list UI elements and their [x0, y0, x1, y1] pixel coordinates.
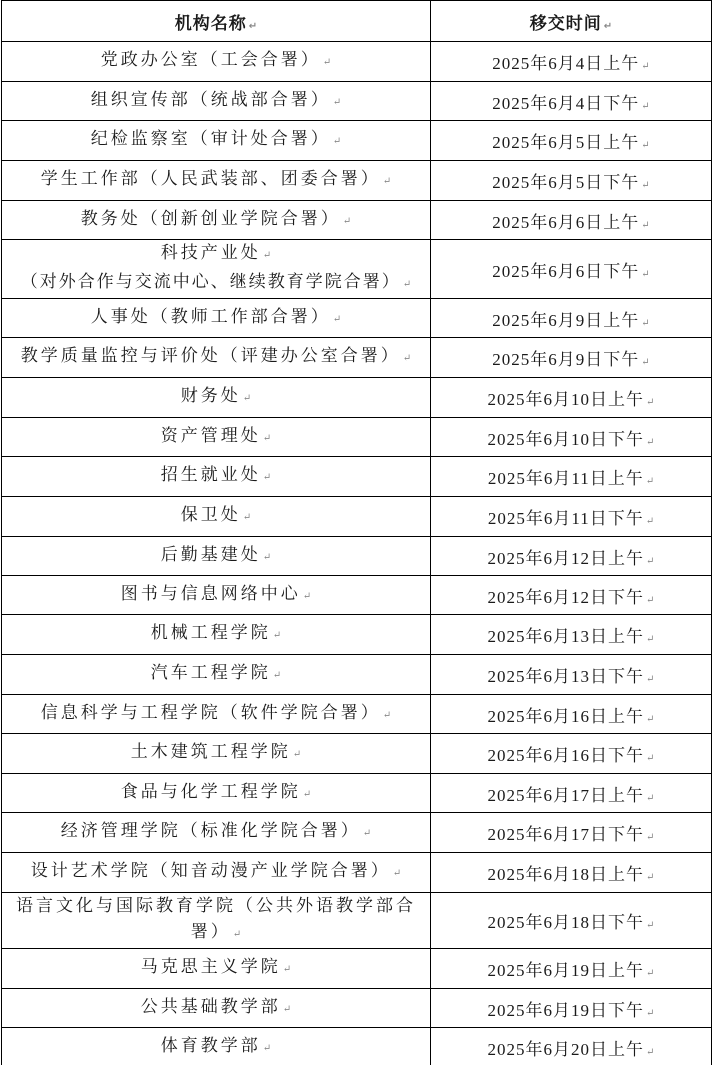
paragraph-mark-icon: ↵ — [263, 250, 271, 261]
institution-name-cell: 图书与信息网络中心↵ — [2, 576, 431, 615]
handover-time: 2025年6月11日下午 — [488, 509, 644, 528]
handover-time-cell: 2025年6月5日上午↵ — [431, 121, 712, 161]
handover-time: 2025年6月6日下午 — [492, 262, 639, 281]
institution-name: 公共基础教学部 — [141, 997, 281, 1017]
handover-time: 2025年6月16日下午 — [488, 746, 645, 765]
paragraph-mark-icon: ↵ — [646, 437, 654, 448]
paragraph-mark-icon: ↵ — [646, 634, 654, 645]
institution-name: 资产管理处 — [161, 426, 261, 446]
handover-time-cell: 2025年6月4日上午↵ — [431, 42, 712, 82]
handover-time: 2025年6月16日上午 — [488, 707, 645, 726]
paragraph-mark-icon: ↵ — [303, 591, 311, 602]
paragraph-mark-icon: ↵ — [233, 929, 241, 940]
table-row: 土木建筑工程学院↵2025年6月16日下午↵ — [2, 734, 712, 774]
paragraph-mark-icon: ↵ — [273, 670, 281, 681]
institution-name: 马克思主义学院 — [141, 957, 281, 977]
table-row: 食品与化学工程学院↵2025年6月17日上午↵ — [2, 774, 712, 813]
institution-name: 纪检监察室（审计处合署） — [91, 129, 331, 149]
handover-time-cell: 2025年6月12日下午↵ — [431, 576, 712, 615]
paragraph-mark-icon: ↵ — [333, 136, 341, 147]
handover-time: 2025年6月17日上午 — [488, 786, 645, 805]
institution-name: 语言文化与国际教育学院（公共外语教学部合署） — [16, 896, 416, 942]
paragraph-mark-icon: ↵ — [641, 101, 649, 112]
institution-name: 人事处（教师工作部合署） — [91, 307, 331, 327]
table-row: 组织宣传部（统战部合署）↵2025年6月4日下午↵ — [2, 82, 712, 121]
institution-name: 学生工作部（人民武装部、团委合署） — [41, 169, 381, 189]
handover-time-cell: 2025年6月9日下午↵ — [431, 338, 712, 378]
institution-name: 图书与信息网络中心 — [121, 584, 301, 604]
paragraph-mark-icon: ↵ — [303, 789, 311, 800]
institution-name-cell: 学生工作部（人民武装部、团委合署）↵ — [2, 161, 431, 201]
header-row: 机构名称↵ 移交时间↵ — [2, 1, 712, 42]
institution-name-cell: 保卫处↵ — [2, 497, 431, 537]
paragraph-mark-icon: ↵ — [646, 674, 654, 685]
handover-time: 2025年6月18日下午 — [488, 913, 645, 932]
paragraph-mark-icon: ↵ — [263, 472, 271, 483]
handover-time-cell: 2025年6月12日上午↵ — [431, 537, 712, 576]
paragraph-mark-icon: ↵ — [641, 357, 649, 368]
paragraph-mark-icon: ↵ — [243, 512, 251, 523]
handover-time: 2025年6月20日上午 — [488, 1040, 645, 1059]
paragraph-mark-icon: ↵ — [646, 832, 654, 843]
handover-time-cell: 2025年6月16日上午↵ — [431, 695, 712, 734]
paragraph-mark-icon: ↵ — [333, 97, 341, 108]
paragraph-mark-icon: ↵ — [641, 61, 649, 72]
institution-name-cell: 土木建筑工程学院↵ — [2, 734, 431, 774]
paragraph-mark-icon: ↵ — [393, 868, 401, 879]
handover-time-cell: 2025年6月17日上午↵ — [431, 774, 712, 813]
handover-time: 2025年6月10日上午 — [488, 390, 645, 409]
paragraph-mark-icon: ↵ — [646, 476, 654, 487]
handover-time: 2025年6月5日上午 — [492, 133, 639, 152]
handover-time: 2025年6月13日上午 — [488, 627, 645, 646]
header-institution-name: 机构名称↵ — [2, 1, 431, 42]
institution-name-cell: 组织宣传部（统战部合署）↵ — [2, 82, 431, 121]
table-row: 马克思主义学院↵2025年6月19日上午↵ — [2, 949, 712, 989]
paragraph-mark-icon: ↵ — [383, 176, 391, 187]
paragraph-mark-icon: ↵ — [641, 318, 649, 329]
handover-time: 2025年6月10日下午 — [488, 430, 645, 449]
paragraph-mark-icon: ↵ — [646, 516, 654, 527]
institution-name-cell: 财务处↵ — [2, 378, 431, 418]
institution-name: 党政办公室（工会合署） — [101, 50, 321, 70]
institution-name-cell: 人事处（教师工作部合署）↵ — [2, 299, 431, 338]
institution-name: 保卫处 — [181, 505, 241, 525]
paragraph-mark-icon: ↵ — [646, 595, 654, 606]
paragraph-mark-icon: ↵ — [363, 828, 371, 839]
handover-time-cell: 2025年6月10日上午↵ — [431, 378, 712, 418]
paragraph-mark-icon: ↵ — [646, 920, 654, 931]
paragraph-mark-icon: ↵ — [646, 968, 654, 979]
institution-name: 财务处 — [181, 386, 241, 406]
handover-time-cell: 2025年6月18日下午↵ — [431, 893, 712, 949]
paragraph-mark-icon: ↵ — [403, 353, 411, 364]
paragraph-mark-icon: ↵ — [273, 630, 281, 641]
table-row: 保卫处↵2025年6月11日下午↵ — [2, 497, 712, 537]
paragraph-mark-icon: ↵ — [646, 714, 654, 725]
institution-name-cell: 教学质量监控与评价处（评建办公室合署）↵ — [2, 338, 431, 378]
institution-name-cell: 招生就业处↵ — [2, 457, 431, 497]
handover-time-cell: 2025年6月20日上午↵ — [431, 1028, 712, 1065]
paragraph-mark-icon: ↵ — [646, 753, 654, 764]
handover-time: 2025年6月9日上午 — [492, 311, 639, 330]
handover-time: 2025年6月19日下午 — [488, 1001, 645, 1020]
handover-time: 2025年6月11日上午 — [488, 469, 644, 488]
institution-name-cell: 汽车工程学院↵ — [2, 655, 431, 695]
institution-name-cell: 信息科学与工程学院（软件学院合署）↵ — [2, 695, 431, 734]
institution-name-cell: 语言文化与国际教育学院（公共外语教学部合署）↵ — [2, 893, 431, 949]
header-handover-time: 移交时间↵ — [431, 1, 712, 42]
paragraph-mark-icon: ↵ — [646, 1047, 654, 1058]
institution-name: 招生就业处 — [161, 465, 261, 485]
institution-name-cell: 纪检监察室（审计处合署）↵ — [2, 121, 431, 161]
institution-name-cell: 党政办公室（工会合署）↵ — [2, 42, 431, 82]
paragraph-mark-icon: ↵ — [263, 552, 271, 563]
handover-time: 2025年6月17日下午 — [488, 825, 645, 844]
paragraph-mark-icon: ↵ — [641, 180, 649, 191]
handover-time: 2025年6月5日下午 — [492, 173, 639, 192]
handover-time-cell: 2025年6月17日下午↵ — [431, 813, 712, 853]
institution-name-cell: 机械工程学院↵ — [2, 615, 431, 655]
paragraph-mark-icon: ↵ — [293, 749, 301, 760]
institution-name: 体育教学部 — [161, 1036, 261, 1056]
institution-name-cell: 体育教学部↵ — [2, 1028, 431, 1065]
handover-schedule-table: 机构名称↵ 移交时间↵ 党政办公室（工会合署）↵2025年6月4日上午↵组织宣传… — [1, 0, 712, 1065]
paragraph-mark-icon: ↵ — [646, 397, 654, 408]
handover-time: 2025年6月9日下午 — [492, 350, 639, 369]
table-row: 科技产业处↵（对外合作与交流中心、继续教育学院合署）↵2025年6月6日下午↵ — [2, 240, 712, 299]
institution-name-cell: 资产管理处↵ — [2, 418, 431, 457]
handover-time-cell: 2025年6月9日上午↵ — [431, 299, 712, 338]
paragraph-mark-icon: ↵ — [641, 220, 649, 231]
handover-time-cell: 2025年6月13日上午↵ — [431, 615, 712, 655]
institution-name: 经济管理学院（标准化学院合署） — [61, 821, 361, 841]
table-row: 人事处（教师工作部合署）↵2025年6月9日上午↵ — [2, 299, 712, 338]
table-row: 资产管理处↵2025年6月10日下午↵ — [2, 418, 712, 457]
institution-name: 机械工程学院 — [151, 623, 271, 643]
paragraph-mark-icon: ↵ — [646, 1008, 654, 1019]
paragraph-mark-icon: ↵ — [283, 1004, 291, 1015]
institution-name: 后勤基建处 — [161, 545, 261, 565]
institution-name: 设计艺术学院（知音动漫产业学院合署） — [31, 861, 391, 881]
institution-name-cell: 科技产业处↵（对外合作与交流中心、继续教育学院合署）↵ — [2, 240, 431, 299]
handover-time: 2025年6月18日上午 — [488, 865, 645, 884]
table-row: 教学质量监控与评价处（评建办公室合署）↵2025年6月9日下午↵ — [2, 338, 712, 378]
paragraph-mark-icon: ↵ — [646, 872, 654, 883]
paragraph-mark-icon: ↵ — [283, 964, 291, 975]
table-row: 体育教学部↵2025年6月20日上午↵ — [2, 1028, 712, 1065]
paragraph-mark-icon: ↵ — [243, 393, 251, 404]
table-row: 学生工作部（人民武装部、团委合署）↵2025年6月5日下午↵ — [2, 161, 712, 201]
handover-time-cell: 2025年6月18日上午↵ — [431, 853, 712, 893]
handover-time: 2025年6月4日下午 — [492, 94, 639, 113]
table-row: 公共基础教学部↵2025年6月19日下午↵ — [2, 989, 712, 1028]
table-row: 机械工程学院↵2025年6月13日上午↵ — [2, 615, 712, 655]
table-row: 图书与信息网络中心↵2025年6月12日下午↵ — [2, 576, 712, 615]
paragraph-mark-icon: ↵ — [641, 269, 649, 280]
institution-name: 食品与化学工程学院 — [121, 782, 301, 802]
institution-name-cell: 教务处（创新创业学院合署）↵ — [2, 201, 431, 240]
table-row: 党政办公室（工会合署）↵2025年6月4日上午↵ — [2, 42, 712, 82]
handover-time-cell: 2025年6月4日下午↵ — [431, 82, 712, 121]
handover-time-cell: 2025年6月16日下午↵ — [431, 734, 712, 774]
paragraph-mark-icon: ↵ — [403, 279, 411, 290]
table-body: 党政办公室（工会合署）↵2025年6月4日上午↵组织宣传部（统战部合署）↵202… — [2, 42, 712, 1065]
handover-time-cell: 2025年6月11日上午↵ — [431, 457, 712, 497]
institution-name-cell: 马克思主义学院↵ — [2, 949, 431, 989]
paragraph-mark-icon: ↵ — [263, 1043, 271, 1054]
paragraph-mark-icon: ↵ — [383, 710, 391, 721]
paragraph-mark-icon: ↵ — [646, 556, 654, 567]
handover-time: 2025年6月13日下午 — [488, 667, 645, 686]
institution-name: 土木建筑工程学院 — [131, 742, 291, 762]
paragraph-mark-icon: ↵ — [333, 314, 341, 325]
institution-name: 科技产业处 — [161, 243, 261, 263]
institution-name: 信息科学与工程学院（软件学院合署） — [41, 703, 381, 723]
paragraph-mark-icon: ↵ — [343, 216, 351, 227]
institution-name: 组织宣传部（统战部合署） — [91, 90, 331, 110]
paragraph-mark-icon: ↵ — [263, 433, 271, 444]
table-row: 财务处↵2025年6月10日上午↵ — [2, 378, 712, 418]
institution-name-cell: 后勤基建处↵ — [2, 537, 431, 576]
table-row: 招生就业处↵2025年6月11日上午↵ — [2, 457, 712, 497]
table-row: 信息科学与工程学院（软件学院合署）↵2025年6月16日上午↵ — [2, 695, 712, 734]
institution-name: 教务处（创新创业学院合署） — [81, 209, 341, 229]
handover-time: 2025年6月12日下午 — [488, 588, 645, 607]
handover-time-cell: 2025年6月13日下午↵ — [431, 655, 712, 695]
table-row: 经济管理学院（标准化学院合署）↵2025年6月17日下午↵ — [2, 813, 712, 853]
table-row: 语言文化与国际教育学院（公共外语教学部合署）↵2025年6月18日下午↵ — [2, 893, 712, 949]
table-row: 教务处（创新创业学院合署）↵2025年6月6日上午↵ — [2, 201, 712, 240]
handover-time-cell: 2025年6月5日下午↵ — [431, 161, 712, 201]
handover-time: 2025年6月12日上午 — [488, 549, 645, 568]
handover-time-cell: 2025年6月6日下午↵ — [431, 240, 712, 299]
table-row: 汽车工程学院↵2025年6月13日下午↵ — [2, 655, 712, 695]
handover-time: 2025年6月19日上午 — [488, 961, 645, 980]
table-row: 设计艺术学院（知音动漫产业学院合署）↵2025年6月18日上午↵ — [2, 853, 712, 893]
institution-name-cell: 公共基础教学部↵ — [2, 989, 431, 1028]
paragraph-mark-icon: ↵ — [646, 793, 654, 804]
handover-time: 2025年6月4日上午 — [492, 54, 639, 73]
handover-time-cell: 2025年6月6日上午↵ — [431, 201, 712, 240]
handover-time-cell: 2025年6月10日下午↵ — [431, 418, 712, 457]
handover-time: 2025年6月6日上午 — [492, 213, 639, 232]
institution-name-cell: 经济管理学院（标准化学院合署）↵ — [2, 813, 431, 853]
handover-time-cell: 2025年6月11日下午↵ — [431, 497, 712, 537]
table-row: 纪检监察室（审计处合署）↵2025年6月5日上午↵ — [2, 121, 712, 161]
institution-name: 汽车工程学院 — [151, 663, 271, 683]
institution-name-subtitle: （对外合作与交流中心、继续教育学院合署） — [21, 272, 401, 292]
institution-name: 教学质量监控与评价处（评建办公室合署） — [21, 346, 401, 366]
institution-name-cell: 设计艺术学院（知音动漫产业学院合署）↵ — [2, 853, 431, 893]
handover-time-cell: 2025年6月19日上午↵ — [431, 949, 712, 989]
table-row: 后勤基建处↵2025年6月12日上午↵ — [2, 537, 712, 576]
institution-name-cell: 食品与化学工程学院↵ — [2, 774, 431, 813]
paragraph-mark-icon: ↵ — [641, 140, 649, 151]
handover-time-cell: 2025年6月19日下午↵ — [431, 989, 712, 1028]
paragraph-mark-icon: ↵ — [323, 57, 331, 68]
